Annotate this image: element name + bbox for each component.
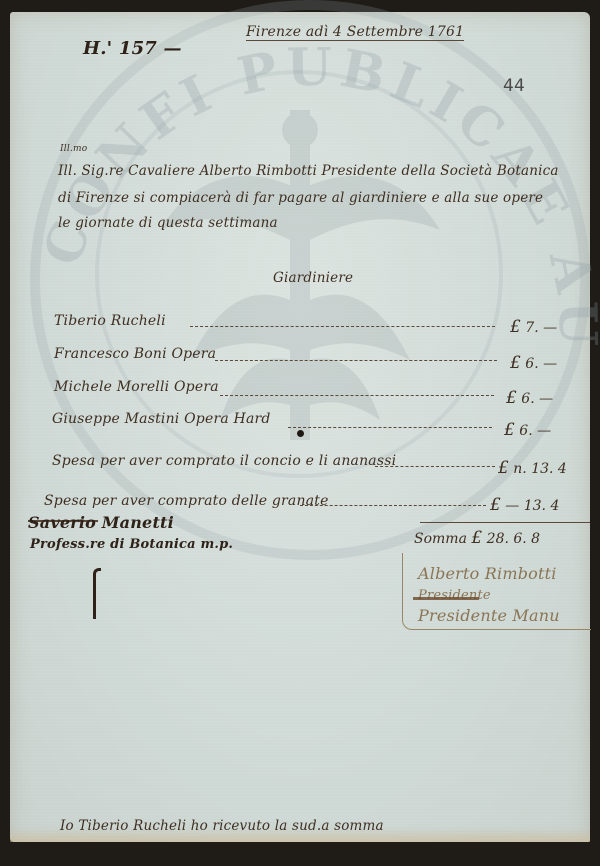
right-signature-title: Presidente Manu bbox=[418, 606, 560, 625]
leader-dashes bbox=[215, 360, 497, 361]
receipt-line: Io Tiberio Rucheli ho ricevuto la sud.a … bbox=[60, 818, 384, 834]
leader-dashes bbox=[190, 326, 495, 327]
left-signature-name: Saverio Manetti bbox=[28, 513, 174, 532]
left-signature-title: Profess.re di Botanica m.p. bbox=[30, 537, 233, 552]
entry-amount-2: £ 6. — bbox=[510, 353, 557, 373]
entry-name-3: Michele Morelli Opera bbox=[54, 379, 219, 395]
entry-name-2: Francesco Boni Opera bbox=[54, 346, 216, 362]
section-heading: Giardiniere bbox=[273, 270, 353, 286]
body-line-2: di Firenze si compiacerà di far pagare a… bbox=[58, 190, 543, 206]
entry-amount-5: £ n. 13. 4 bbox=[498, 458, 567, 478]
right-signature-name: Alberto Rimbotti bbox=[418, 564, 557, 583]
entry-name-1: Tiberio Rucheli bbox=[54, 313, 166, 329]
folio-number: 44 bbox=[503, 76, 525, 96]
body-line-3: le giornate di questa settimana bbox=[58, 215, 278, 231]
total-line: Somma £ 28. 6. 8 bbox=[414, 528, 540, 548]
strikethrough bbox=[413, 597, 479, 600]
body-line-1: Ill. Sig.re Cavaliere Alberto Rimbotti P… bbox=[58, 163, 559, 179]
leader-dashes bbox=[300, 505, 486, 506]
total-rule bbox=[420, 522, 590, 523]
entry-name-6: Spesa per aver comprato delle granate bbox=[44, 493, 329, 509]
entry-amount-3: £ 6. — bbox=[506, 388, 553, 408]
struck-word: Presidente bbox=[418, 588, 491, 603]
entry-amount-4: £ 6. — bbox=[504, 420, 551, 440]
archive-number: H.' 157 — bbox=[83, 38, 182, 59]
entry-amount-6: £ — 13. 4 bbox=[490, 495, 559, 515]
place-date: Firenze adì 4 Settembre 1761 bbox=[246, 24, 464, 41]
ink-blot bbox=[297, 430, 304, 437]
salutation-abbrev: Ill.mo bbox=[60, 144, 87, 154]
leader-dashes bbox=[375, 466, 495, 467]
bracket-mark bbox=[93, 568, 101, 619]
entry-name-5: Spesa per aver comprato il concio e li a… bbox=[52, 453, 396, 469]
leader-dashes bbox=[288, 427, 492, 428]
entry-amount-1: £ 7. — bbox=[510, 317, 557, 337]
leader-dashes bbox=[220, 395, 494, 396]
entry-name-4: Giuseppe Mastini Opera Hard bbox=[52, 411, 271, 427]
